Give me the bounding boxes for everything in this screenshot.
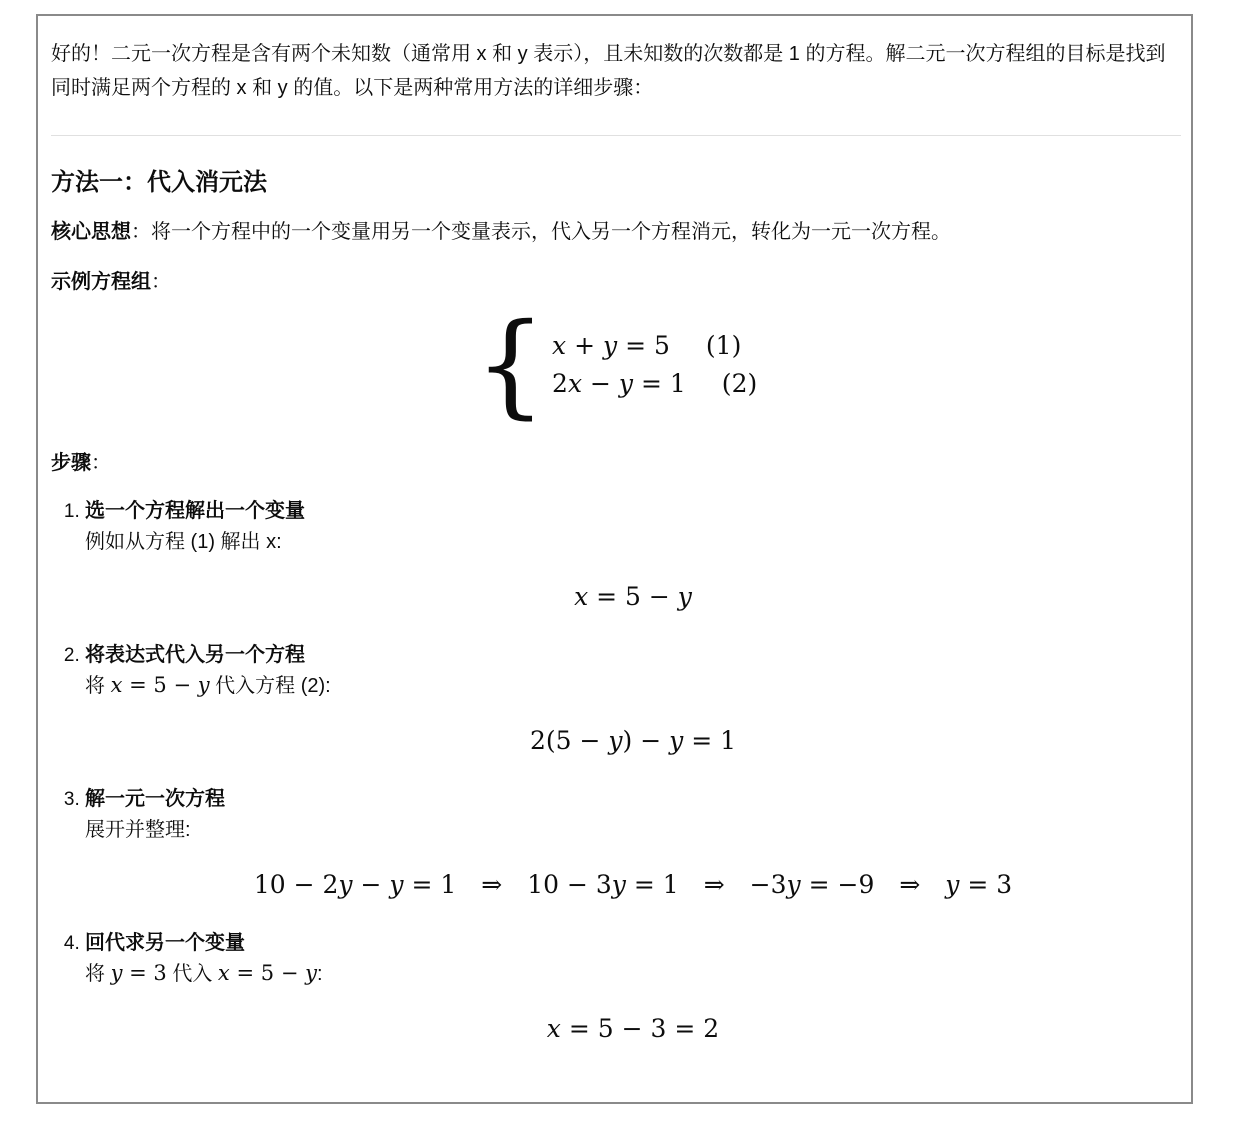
example-label: 示例方程组	[51, 271, 151, 293]
example-colon: ：	[151, 271, 171, 293]
desc-text: 将	[85, 963, 111, 985]
steps-label: 步骤	[51, 452, 91, 474]
desc-text: :	[317, 963, 323, 985]
desc-text: 代入	[167, 963, 218, 985]
desc-text: 将	[85, 675, 111, 697]
core-idea-paragraph: 核心思想：将一个方程中的一个变量用另一个变量表示，代入另一个方程消元，转化为一元…	[51, 215, 1181, 249]
step-4-desc: 将 y = 3 代入 x = 5 − y:	[85, 958, 1181, 990]
steps-paragraph: 步骤：	[51, 446, 1181, 480]
intro-paragraph: 好的！二元一次方程是含有两个未知数（通常用 x 和 y 表示），且未知数的次数都…	[51, 37, 1181, 105]
step-3-title: 解一元一次方程	[85, 784, 1181, 814]
step-item-2: 将表达式代入另一个方程 将 x = 5 − y 代入方程 (2): 2(5 − …	[85, 640, 1181, 756]
step-1-desc: 例如从方程 (1) 解出 x:	[85, 526, 1181, 558]
desc-text: 展开并整理:	[85, 819, 191, 841]
inline-math: x = 5 − y	[218, 961, 317, 985]
document-panel: 好的！二元一次方程是含有两个未知数（通常用 x 和 y 表示），且未知数的次数都…	[36, 14, 1193, 1104]
desc-text: 例如从方程 (1) 解出 x:	[85, 531, 282, 553]
section-divider	[51, 135, 1181, 136]
step-1-title: 选一个方程解出一个变量	[85, 496, 1181, 526]
equation-rows: x + y = 5(1) 2x − y = 1(2)	[552, 327, 757, 403]
step-item-1: 选一个方程解出一个变量 例如从方程 (1) 解出 x: x = 5 − y	[85, 496, 1181, 612]
inline-math: y = 3	[111, 961, 167, 985]
steps-list: 选一个方程解出一个变量 例如从方程 (1) 解出 x: x = 5 − y 将表…	[51, 496, 1181, 1044]
example-paragraph: 示例方程组：	[51, 265, 1181, 299]
equation-1: x + y = 5	[552, 331, 670, 360]
core-idea-label: 核心思想	[51, 221, 131, 243]
step-4-math: x = 5 − 3 = 2	[85, 1014, 1181, 1044]
left-brace-icon: {	[475, 315, 546, 416]
equation-1-label: (1)	[706, 331, 741, 360]
step-2-math: 2(5 − y) − y = 1	[85, 726, 1181, 756]
step-3-math: 10 − 2y − y = 1 ⇒ 10 − 3y = 1 ⇒ −3y = −9…	[85, 870, 1181, 900]
step-2-desc: 将 x = 5 − y 代入方程 (2):	[85, 670, 1181, 702]
desc-text: 代入方程 (2):	[210, 675, 331, 697]
step-item-4: 回代求另一个变量 将 y = 3 代入 x = 5 − y: x = 5 − 3…	[85, 928, 1181, 1044]
equation-row-2: 2x − y = 1(2)	[552, 365, 757, 403]
step-4-title: 回代求另一个变量	[85, 928, 1181, 958]
method1-heading: 方法一：代入消元法	[51, 166, 1181, 199]
equation-2-label: (2)	[722, 369, 757, 398]
inline-math: x = 5 − y	[111, 673, 210, 697]
step-2-title: 将表达式代入另一个方程	[85, 640, 1181, 670]
equation-system: { x + y = 5(1) 2x − y = 1(2)	[51, 315, 1181, 416]
step-1-math: x = 5 − y	[85, 582, 1181, 612]
equation-row-1: x + y = 5(1)	[552, 327, 757, 365]
steps-colon: ：	[91, 452, 111, 474]
equation-2: 2x − y = 1	[552, 369, 686, 398]
step-item-3: 解一元一次方程 展开并整理: 10 − 2y − y = 1 ⇒ 10 − 3y…	[85, 784, 1181, 900]
core-idea-text: ：将一个方程中的一个变量用另一个变量表示，代入另一个方程消元，转化为一元一次方程…	[131, 221, 951, 243]
step-3-desc: 展开并整理:	[85, 814, 1181, 846]
